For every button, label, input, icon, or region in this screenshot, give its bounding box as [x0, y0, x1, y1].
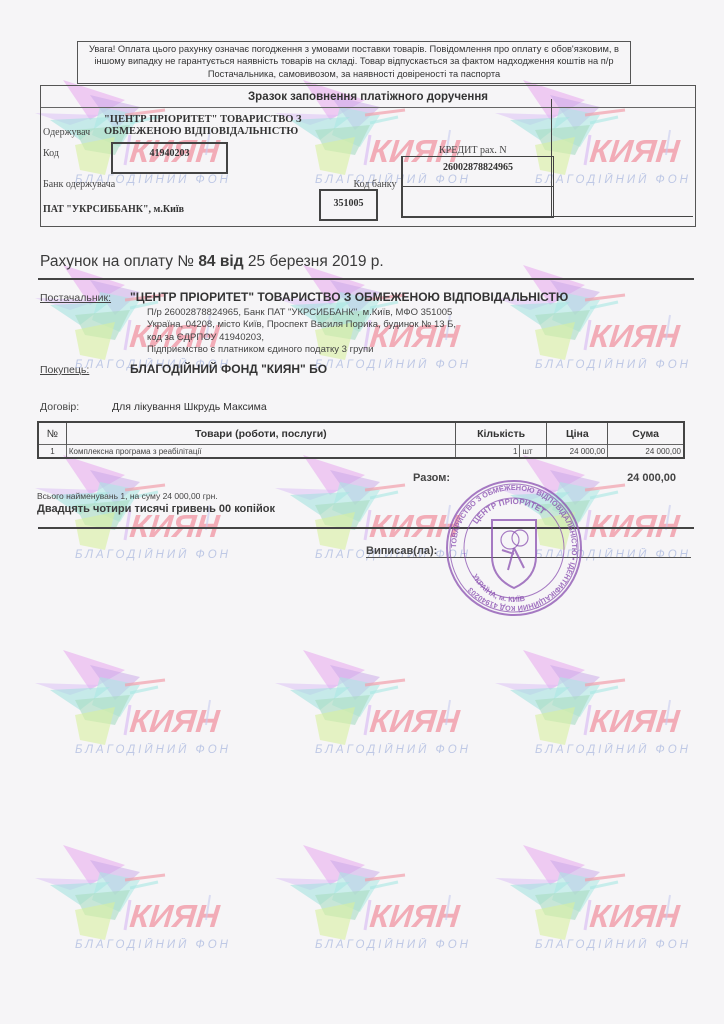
- col-price: Ціна: [547, 422, 608, 445]
- divider: [551, 99, 552, 216]
- credit-account-value: 26002878824965: [403, 162, 553, 173]
- invoice-date: 25 березня 2019 р.: [248, 253, 384, 270]
- title-rule: [38, 278, 694, 280]
- bank-name: ПАТ "УКРСИББАНК", м.Київ: [43, 204, 184, 215]
- table-row: 1 Комплексна програма з реабілітації 1 ш…: [38, 445, 684, 459]
- code-label: Код: [43, 148, 59, 159]
- row-sum: 24 000,00: [608, 445, 684, 459]
- total-value: 24 000,00: [627, 472, 676, 484]
- credit-account-label: КРЕДИТ рах. N: [439, 145, 507, 156]
- payment-notice: Увага! Оплата цього рахунку означає пого…: [77, 41, 631, 84]
- row-no: 1: [38, 445, 66, 459]
- signed-by-label: Виписав(ла):: [366, 545, 437, 557]
- invoice-title-prefix: Рахунок на оплату №: [40, 253, 194, 270]
- invoice-number: 84: [198, 253, 215, 270]
- recipient-name-line2: ОБМЕЖЕНОЮ ВІДПОВІДАЛЬНІСТЮ: [104, 126, 384, 138]
- supplier-detail-line: Україна, 04208, місто Київ, Проспект Вас…: [147, 319, 456, 331]
- recipient-label: Одержувач: [43, 127, 90, 138]
- supplier-name: "ЦЕНТР ПРІОРИТЕТ" ТОВАРИСТВО З ОБМЕЖЕНОЮ…: [130, 290, 568, 304]
- supplier-detail-line: П/р 26002878824965, Банк ПАТ "УКРСИББАНК…: [147, 307, 456, 319]
- divider: [403, 186, 553, 187]
- divider: [41, 107, 695, 108]
- invoice-from: від: [220, 253, 244, 270]
- row-goods: Комплексна програма з реабілітації: [66, 445, 455, 459]
- code-box: 41940203: [111, 142, 228, 174]
- contract-label: Договір:: [40, 401, 79, 413]
- items-count-line: Всього найменувань 1, на суму 24 000,00 …: [37, 491, 218, 501]
- table-header-row: № Товари (роботи, послуги) Кількість Цін…: [38, 422, 684, 445]
- supplier-details: П/р 26002878824965, Банк ПАТ "УКРСИББАНК…: [147, 307, 456, 356]
- recipient-name-line1: "ЦЕНТР ПРІОРИТЕТ" ТОВАРИСТВО З: [104, 114, 384, 126]
- row-unit: шт: [520, 445, 547, 459]
- stamp-seal-icon: ТОВАРИСТВО З ОБМЕЖЕНОЮ ВІДПОВІДАЛЬНІСТЮ …: [444, 478, 584, 618]
- recipient-name: "ЦЕНТР ПРІОРИТЕТ" ТОВАРИСТВО З ОБМЕЖЕНОЮ…: [104, 114, 384, 138]
- buyer-name: БЛАГОДІЙНИЙ ФОНД "КИЯН" БО: [130, 362, 327, 376]
- supplier-detail-line: Підприємство є платником єдиного податку…: [147, 344, 456, 356]
- col-goods: Товари (роботи, послуги): [66, 422, 455, 445]
- contract-value: Для лікування Шкрудь Максима: [112, 401, 267, 413]
- divider: [401, 216, 693, 217]
- invoice-page: Увага! Оплата цього рахунку означає пого…: [0, 0, 724, 1024]
- row-price: 24 000,00: [547, 445, 608, 459]
- bank-code-value: 351005: [321, 198, 376, 209]
- totals-rule: [38, 527, 694, 529]
- buyer-label: Покупець:: [40, 364, 89, 376]
- supplier-label: Постачальник:: [40, 292, 111, 304]
- payment-sample-title: Зразок заповнення платіжного доручення: [41, 91, 695, 103]
- code-value: 41940203: [113, 148, 226, 159]
- col-qty: Кількість: [455, 422, 547, 445]
- items-table: № Товари (роботи, послуги) Кількість Цін…: [37, 421, 685, 459]
- invoice-title: Рахунок на оплату № 84 від 25 березня 20…: [40, 253, 384, 271]
- credit-account-box: 26002878824965: [401, 156, 554, 218]
- bank-code-box: 351005: [319, 189, 378, 221]
- supplier-detail-line: код за ЄДРПОУ 41940203,: [147, 332, 456, 344]
- company-stamp: ТОВАРИСТВО З ОБМЕЖЕНОЮ ВІДПОВІДАЛЬНІСТЮ …: [444, 478, 584, 618]
- col-no: №: [38, 422, 66, 445]
- row-qty: 1: [455, 445, 520, 459]
- total-in-words: Двадцять чотири тисячі гривень 00 копійо…: [37, 503, 275, 515]
- payment-order-sample: Зразок заповнення платіжного доручення О…: [40, 85, 696, 227]
- bank-label: Банк одержувача: [43, 179, 115, 190]
- col-sum: Сума: [608, 422, 684, 445]
